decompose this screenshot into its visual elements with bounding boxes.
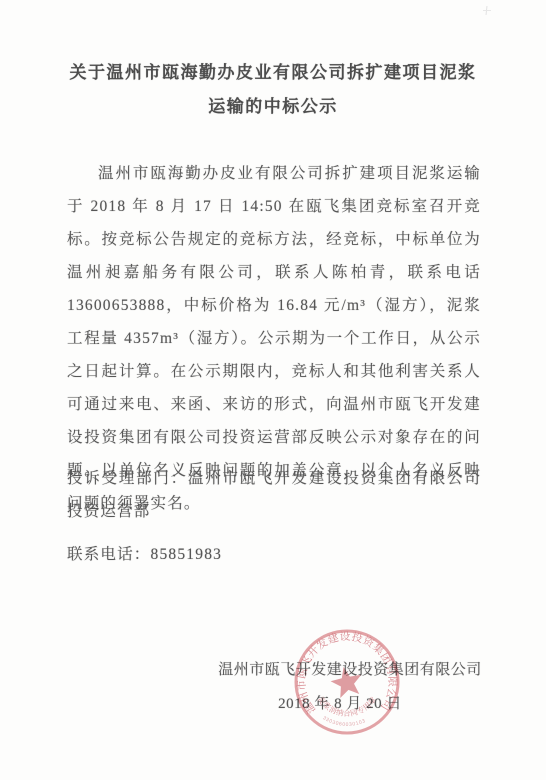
scan-artifact (483, 6, 491, 15)
document-page: 关于温州市瓯海勤办皮业有限公司拆扩建项目泥浆 运输的中标公示 温州市瓯海勤办皮业… (0, 0, 546, 780)
seal-bottom-text: 泥浆消纳合同专用章 (316, 694, 378, 718)
contact-phone: 联系电话：85851983 (67, 538, 481, 571)
seal-star-icon (328, 664, 365, 700)
title-line-1: 关于温州市瓯海勤办皮业有限公司拆扩建项目泥浆 (0, 56, 546, 90)
page-title: 关于温州市瓯海勤办皮业有限公司拆扩建项目泥浆 运输的中标公示 (0, 56, 546, 124)
complaint-department: 投诉受理部门：温州市瓯飞开发建设投资集团有限公司投资运营部 (67, 462, 481, 528)
official-seal: 温州市瓯飞开发建设投资集团有限公司 泥浆消纳合同专用章 330306003010… (291, 626, 403, 738)
title-line-2: 运输的中标公示 (0, 90, 546, 124)
svg-text:泥浆消纳合同专用章: 泥浆消纳合同专用章 (316, 694, 378, 718)
